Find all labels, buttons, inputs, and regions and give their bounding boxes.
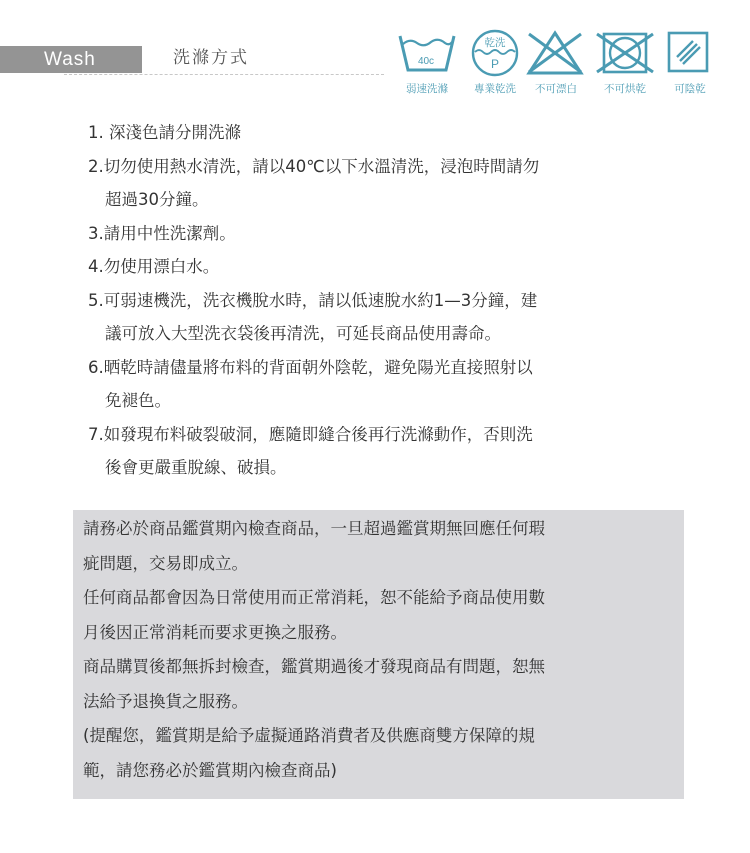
notice-line: 任何商品都會因為日常使用而正常消耗，恕不能給予商品使用數 <box>83 581 684 616</box>
notice-line: 商品購買後都無拆封檢查，鑑賞期過後才發現商品有問題，恕無 <box>83 650 684 685</box>
notice-line: 法給予退換貨之服務。 <box>83 685 684 720</box>
section-title-en: Wash <box>44 46 96 73</box>
notice-line: (提醒您，鑑賞期是給予虛擬通路消費者及供應商雙方保障的規 <box>83 719 684 754</box>
washtub-40-icon: 40c <box>398 30 456 76</box>
wash-instructions-list: 1. 深淺色請分開洗滌 2.切勿使用熱水清洗，請以40℃以下水溫清洗，浸泡時間請… <box>88 116 688 485</box>
care-label-gentle-wash: 弱速洗滌 <box>398 81 456 96</box>
no-tumble-dry-icon <box>594 30 656 76</box>
instruction-item-4: 4.勿使用漂白水。 <box>88 250 688 284</box>
instruction-item-2: 2.切勿使用熱水清洗，請以40℃以下水溫清洗，浸泡時間請勿 超過30分鐘。 <box>88 150 688 217</box>
svg-text:P: P <box>491 57 499 71</box>
no-bleach-icon <box>526 30 584 76</box>
svg-text:乾洗: 乾洗 <box>485 36 506 49</box>
header-divider <box>64 74 384 75</box>
instruction-item-7: 7.如發現布料破裂破洞，應隨即縫合後再行洗滌動作，否則洗 後會更嚴重脫線、破損。 <box>88 418 688 485</box>
care-label-no-bleach: 不可漂白 <box>530 81 582 96</box>
notice-line: 疵問題，交易即成立。 <box>83 547 684 582</box>
notice-line: 月後因正常消耗而要求更換之服務。 <box>83 616 684 651</box>
instruction-item-6: 6.晒乾時請儘量將布料的背面朝外陰乾，避免陽光直接照射以 免褪色。 <box>88 351 688 418</box>
instruction-item-3: 3.請用中性洗潔劑。 <box>88 217 688 251</box>
dry-in-shade-icon <box>667 31 709 73</box>
dry-clean-p-icon: 乾洗 P <box>470 29 520 77</box>
svg-text:40c: 40c <box>418 56 434 67</box>
instruction-item-1: 1. 深淺色請分開洗滌 <box>88 116 688 150</box>
notice-line: 請務必於商品鑑賞期內檢查商品，一旦超過鑑賞期無回應任何瑕 <box>83 512 684 547</box>
instruction-item-5: 5.可弱速機洗，洗衣機脫水時，請以低速脫水約1—3分鐘，建 議可放入大型洗衣袋後… <box>88 284 688 351</box>
care-label-no-tumble-dry: 不可烘乾 <box>597 81 653 96</box>
notice-line: 範，請您務必於鑑賞期內檢查商品) <box>83 754 684 789</box>
care-label-dry-in-shade: 可陰乾 <box>670 81 710 96</box>
section-title-zh: 洗滌方式 <box>173 45 249 72</box>
care-label-dry-clean: 專業乾洗 <box>467 81 523 96</box>
appreciation-period-notice: 請務必於商品鑑賞期內檢查商品，一旦超過鑑賞期無回應任何瑕 疵問題，交易即成立。 … <box>73 510 684 799</box>
